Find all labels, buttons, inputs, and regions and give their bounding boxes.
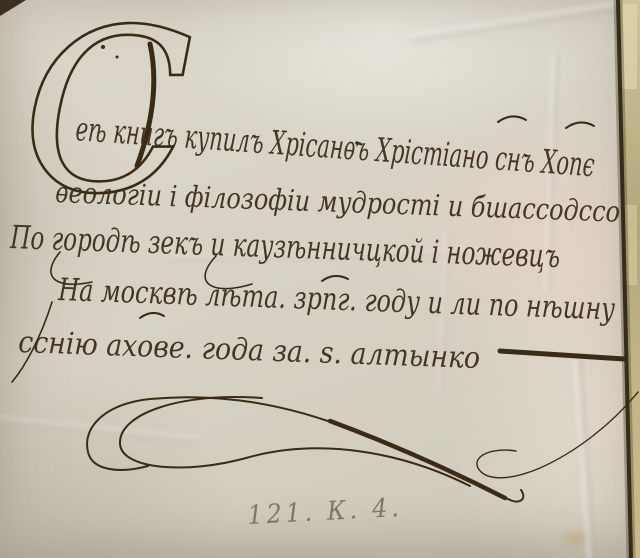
ink-speck <box>116 56 119 59</box>
pen-flourish <box>87 392 638 502</box>
manuscript-line-3: По городѣ зекъ и каузѣнничцкой і ножевцъ <box>9 218 561 275</box>
manuscript-line-4: На москвѣ лѣта. зрпг. году и ли по нѣшну <box>57 272 616 327</box>
titlo-mark <box>566 122 594 128</box>
ink-speck <box>355 141 359 145</box>
titlo-mark <box>322 276 348 281</box>
pencil-archive-number: 121. К. 4. <box>247 493 403 531</box>
manuscript-photo: С еѣ книгъ купилъ Хрісанѳъ Хрістіано снъ… <box>0 0 640 558</box>
ink-layer: С еѣ книгъ купилъ Хрісанѳъ Хрістіано снъ… <box>0 0 640 558</box>
titlo-mark <box>140 313 164 318</box>
manuscript-line-5: сснію ахове. года за. ѕ. алтынко <box>18 325 481 376</box>
ink-speck <box>101 45 105 49</box>
titlo-mark <box>498 116 526 122</box>
ink-dash <box>500 351 624 359</box>
